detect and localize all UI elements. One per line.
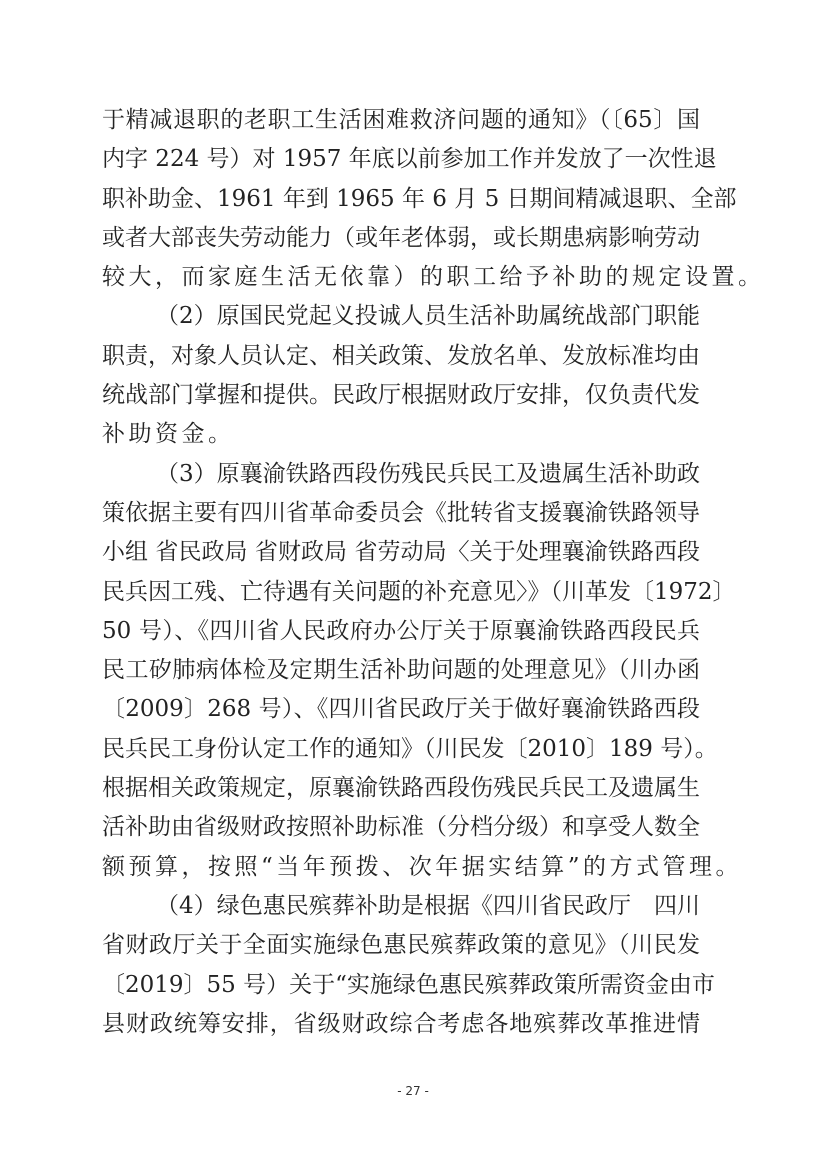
- text-line: 根据相关政策规定，原襄渝铁路西段伤残民兵民工及遗属生: [102, 769, 700, 808]
- page-number: - 27 -: [0, 1084, 826, 1098]
- text-line: （2）原国民党起义投诚人员生活补助属统战部门职能: [102, 297, 700, 336]
- text-line: 职补助金、1961 年到 1965 年 6 月 5 日期间精减退职、全部: [102, 180, 700, 219]
- text-line: （4）绿色惠民殡葬补助是根据《四川省民政厅 四川: [102, 887, 700, 926]
- text-line: 较大，而家庭生活无依靠）的职工给予补助的规定设置。: [102, 258, 700, 297]
- text-line: 策依据主要有四川省革命委员会《批转省支援襄渝铁路领导: [102, 494, 700, 533]
- paragraph-continued: 于精减退职的老职工生活困难救济问题的通知》（〔65〕国 内字 224 号）对 1…: [102, 101, 700, 297]
- text-line: （3）原襄渝铁路西段伤残民兵民工及遗属生活补助政: [102, 455, 700, 494]
- paragraph-3-xiangyu-railway-subsidy: （3）原襄渝铁路西段伤残民兵民工及遗属生活补助政 策依据主要有四川省革命委员会《…: [102, 455, 700, 887]
- text-line: 补助资金。: [102, 415, 700, 454]
- text-line: 或者大部丧失劳动能力（或年老体弱，或长期患病影响劳动: [102, 219, 700, 258]
- text-line: 额预算，按照“当年预拨、次年据实结算”的方式管理。: [102, 848, 700, 887]
- text-line: 〔2009〕268 号）、《四川省民政厅关于做好襄渝铁路西段: [102, 690, 700, 729]
- text-line: 统战部门掌握和提供。民政厅根据财政厅安排，仅负责代发: [102, 376, 700, 415]
- text-line: 县财政统筹安排，省级财政综合考虑各地殡葬改革推进情: [102, 1005, 700, 1044]
- text-line: 小组 省民政局 省财政局 省劳动局〈关于处理襄渝铁路西段: [102, 533, 700, 572]
- paragraph-4-green-funeral-subsidy: （4）绿色惠民殡葬补助是根据《四川省民政厅 四川 省财政厅关于全面实施绿色惠民殡…: [102, 887, 700, 1044]
- text-line: 活补助由省级财政按照补助标准（分档分级）和享受人数全: [102, 808, 700, 847]
- text-line: 50 号）、《四川省人民政府办公厅关于原襄渝铁路西段民兵: [102, 612, 700, 651]
- text-line: 民工矽肺病体检及定期生活补助问题的处理意见》（川办函: [102, 651, 700, 690]
- text-line: 〔2019〕55 号）关于“实施绿色惠民殡葬政策所需资金由市: [102, 966, 700, 1005]
- document-page: 于精减退职的老职工生活困难救济问题的通知》（〔65〕国 内字 224 号）对 1…: [0, 0, 826, 1169]
- text-line: 民兵民工身份认定工作的通知》（川民发〔2010〕189 号）。: [102, 730, 700, 769]
- text-line: 民兵因工残、亡待遇有关问题的补充意见〉》（川革发〔1972〕: [102, 573, 700, 612]
- text-line: 职责，对象人员认定、相关政策、发放名单、发放标准均由: [102, 337, 700, 376]
- text-line: 于精减退职的老职工生活困难救济问题的通知》（〔65〕国: [102, 101, 700, 140]
- text-line: 省财政厅关于全面实施绿色惠民殡葬政策的意见》（川民发: [102, 926, 700, 965]
- document-body: 于精减退职的老职工生活困难救济问题的通知》（〔65〕国 内字 224 号）对 1…: [102, 101, 700, 1044]
- text-line: 内字 224 号）对 1957 年底以前参加工作并发放了一次性退: [102, 140, 700, 179]
- paragraph-2-kmt-defectors-subsidy: （2）原国民党起义投诚人员生活补助属统战部门职能 职责，对象人员认定、相关政策、…: [102, 297, 700, 454]
